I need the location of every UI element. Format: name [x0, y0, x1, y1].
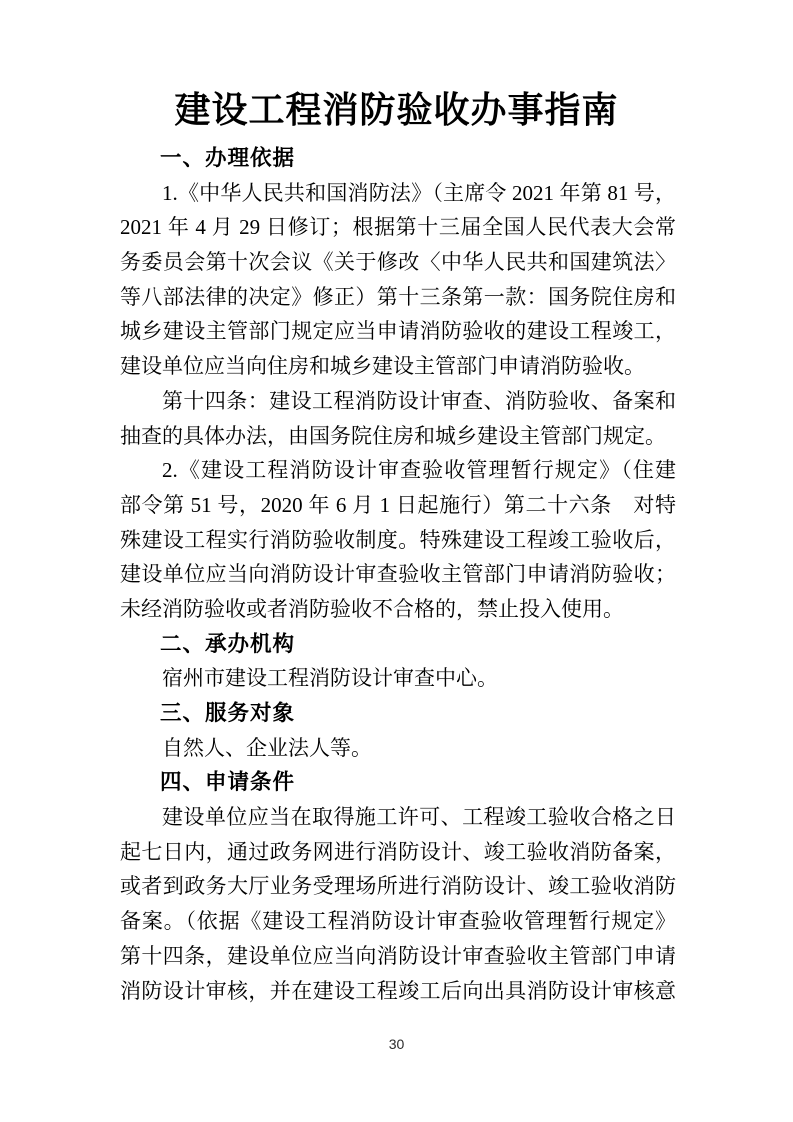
section-heading: 一、办理依据 [120, 141, 676, 176]
paragraph-line: 消防设计审核，并在建设工程竣工后向出具消防设计审核意 [120, 974, 676, 1009]
paragraph-line: 或者到政务大厅业务受理场所进行消防设计、竣工验收消防 [120, 869, 676, 904]
document-page: 建设工程消防验收办事指南 一、办理依据1.《中华人民共和国消防法》（主席令 20… [0, 0, 793, 1122]
paragraph-line: 未经消防验收或者消防验收不合格的，禁止投入使用。 [120, 592, 676, 627]
section-heading: 四、申请条件 [120, 765, 676, 800]
paragraph-line: 务委员会第十次会议《关于修改〈中华人民共和国建筑法〉 [120, 245, 676, 280]
paragraph-line: 建设单位应当在取得施工许可、工程竣工验收合格之日 [120, 800, 676, 835]
paragraph-line: 殊建设工程实行消防验收制度。特殊建设工程竣工验收后， [120, 523, 676, 558]
paragraph-line: 建设单位应当向消防设计审查验收主管部门申请消防验收； [120, 557, 676, 592]
paragraph-line: 建设单位应当向住房和城乡建设主管部门申请消防验收。 [120, 349, 676, 384]
paragraph-line: 2021 年 4 月 29 日修订；根据第十三届全国人民代表大会常 [120, 210, 676, 245]
document-content: 一、办理依据1.《中华人民共和国消防法》（主席令 2021 年第 81 号，20… [120, 141, 676, 1008]
paragraph-line: 起七日内，通过政务网进行消防设计、竣工验收消防备案， [120, 835, 676, 870]
paragraph-line: 部令第 51 号，2020 年 6 月 1 日起施行）第二十六条 对特 [120, 488, 676, 523]
paragraph-line: 宿州市建设工程消防设计审查中心。 [120, 661, 676, 696]
paragraph-line: 备案。（依据《建设工程消防设计审查验收管理暂行规定》 [120, 904, 676, 939]
paragraph-line: 抽查的具体办法，由国务院住房和城乡建设主管部门规定。 [120, 419, 676, 454]
paragraph-line: 2.《建设工程消防设计审查验收管理暂行规定》（住建 [120, 453, 676, 488]
paragraph-line: 第十四条，建设单位应当向消防设计审查验收主管部门申请 [120, 939, 676, 974]
paragraph-line: 自然人、企业法人等。 [120, 731, 676, 766]
paragraph-line: 1.《中华人民共和国消防法》（主席令 2021 年第 81 号， [120, 176, 676, 211]
paragraph-line: 第十四条：建设工程消防设计审查、消防验收、备案和 [120, 384, 676, 419]
section-heading: 三、服务对象 [120, 696, 676, 731]
paragraph-line: 城乡建设主管部门规定应当申请消防验收的建设工程竣工， [120, 314, 676, 349]
page-number: 30 [0, 1036, 793, 1052]
section-heading: 二、承办机构 [120, 627, 676, 662]
paragraph-line: 等八部法律的决定》修正）第十三条第一款：国务院住房和 [120, 280, 676, 315]
document-title: 建设工程消防验收办事指南 [0, 88, 793, 132]
